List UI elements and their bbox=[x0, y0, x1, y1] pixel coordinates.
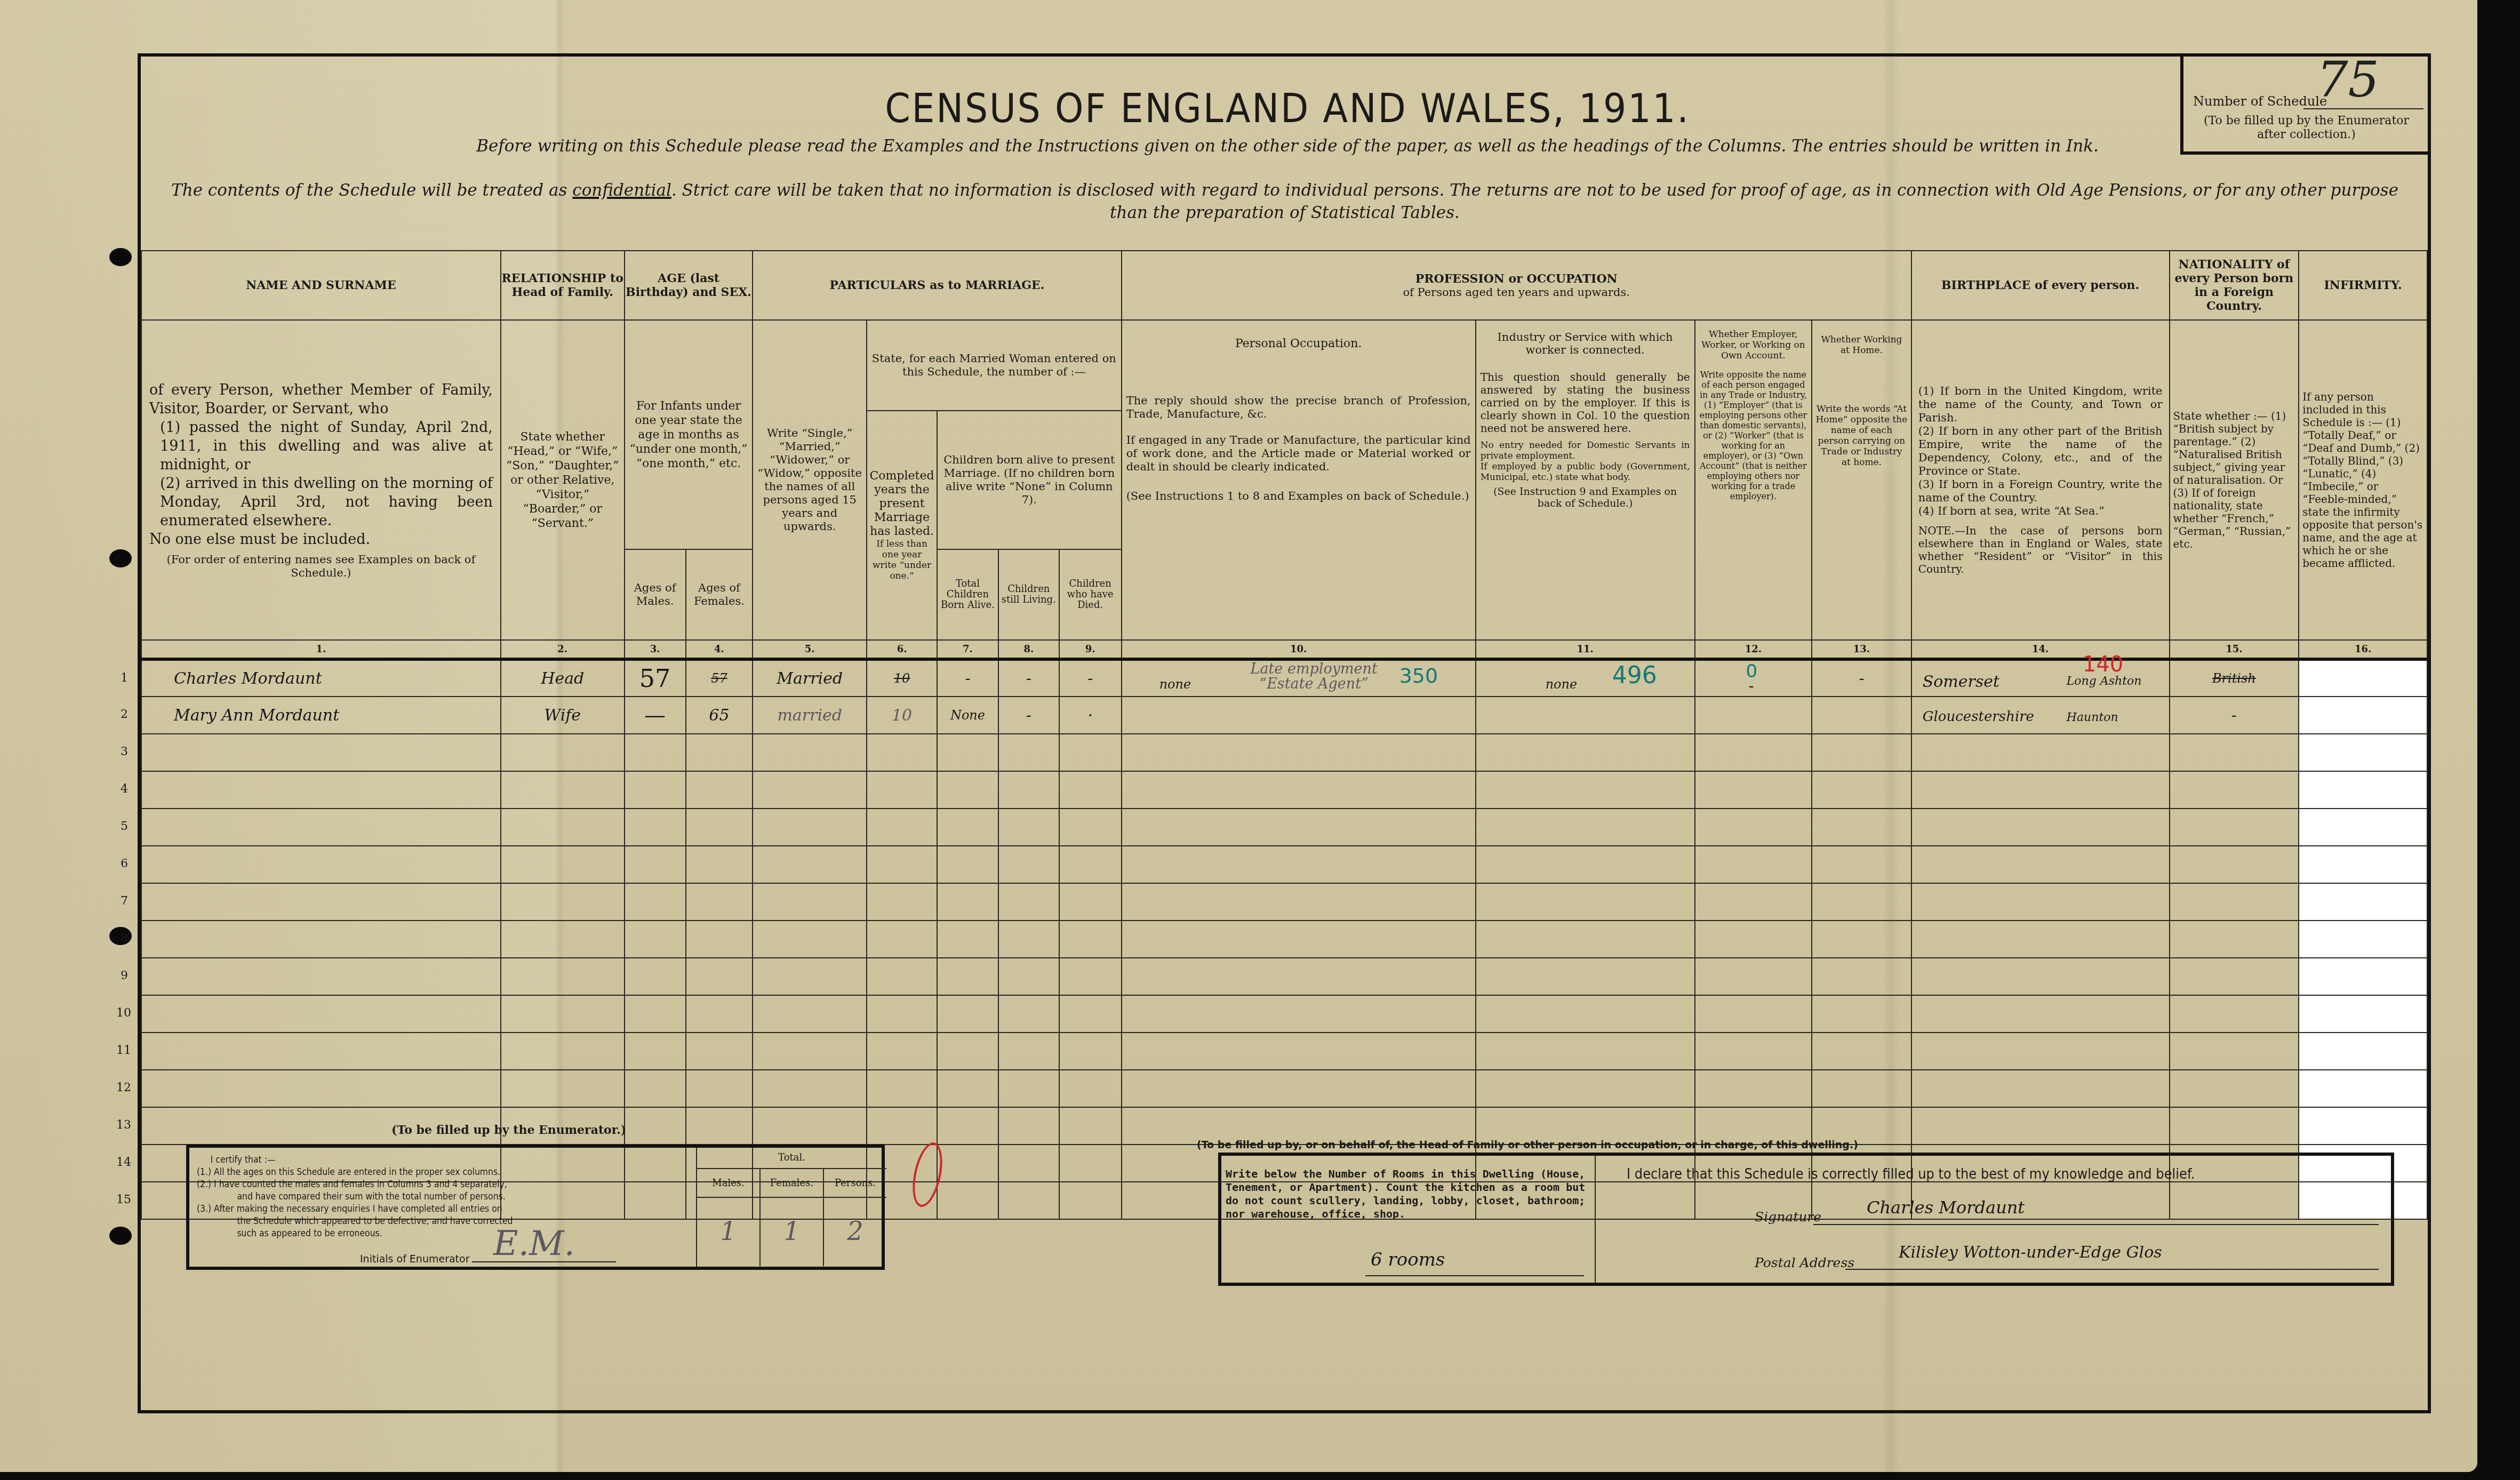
confidential-word: confidential bbox=[572, 181, 671, 200]
employment-cell: Whether Employer, Worker, or Working on … bbox=[1695, 320, 1812, 640]
header-marriage: PARTICULARS as to MARRIAGE. bbox=[753, 251, 1121, 320]
signature-label: Signature bbox=[1755, 1209, 1821, 1225]
col-number: 3. bbox=[625, 640, 686, 659]
years-married-struck[interactable]: 10 bbox=[894, 671, 910, 686]
row-number: 1 bbox=[121, 671, 128, 685]
table-row: 4 bbox=[141, 771, 2427, 809]
instr-text: No entry needed for Domestic Servants in… bbox=[1481, 440, 1690, 461]
employment-heading: Whether Employer, Worker, or Working on … bbox=[1699, 324, 1809, 366]
name-cell[interactable]: 12 bbox=[141, 1070, 501, 1107]
occupation-value: none bbox=[1159, 677, 1191, 692]
schedule-number-value[interactable]: 75 bbox=[2317, 51, 2379, 108]
header-females: Ages of Females. bbox=[686, 549, 753, 640]
name-cell[interactable]: 2 Mary Ann Mordaunt bbox=[141, 697, 501, 734]
row-number: 15 bbox=[116, 1193, 131, 1206]
name-cell[interactable]: 1 Charles Mordaunt bbox=[141, 659, 501, 697]
confidentiality-notice: The contents of the Schedule will be tre… bbox=[167, 179, 2402, 224]
birthplace-value-cell[interactable]: Gloucestershire Haunton bbox=[1911, 697, 2170, 734]
nationality-struck[interactable]: British bbox=[2212, 671, 2256, 686]
col-number: 2. bbox=[501, 640, 625, 659]
header-name: NAME AND SURNAME bbox=[141, 251, 501, 320]
name-cell[interactable]: 8 bbox=[141, 921, 501, 958]
person-name: Mary Ann Mordaunt bbox=[174, 706, 339, 725]
row-number: 14 bbox=[116, 1156, 131, 1169]
page-title: CENSUS OF ENGLAND AND WALES, 1911. bbox=[233, 86, 2342, 132]
table-row: 7 bbox=[141, 883, 2427, 921]
children-died-value[interactable]: · bbox=[1087, 706, 1093, 725]
birthplace-instructions: (1) If born in the United Kingdom, write… bbox=[1911, 320, 2170, 640]
marital-instructions: Write “Single,” “Married,” “Widower,” or… bbox=[753, 320, 867, 640]
occupation-value-cell[interactable] bbox=[1122, 697, 1476, 734]
birthplace-value-cell[interactable]: Somerset Long Ashton 140 bbox=[1911, 659, 2170, 697]
instr-text: The reply should show the precise branch… bbox=[1126, 394, 1471, 421]
industry-value-cell[interactable]: none 496 bbox=[1476, 659, 1695, 697]
row-number: 6 bbox=[121, 857, 128, 870]
row-number: 8 bbox=[121, 932, 128, 945]
marriage-years-instructions: Completed years the present Marriage has… bbox=[867, 411, 937, 640]
birth-parish: Haunton bbox=[2067, 711, 2118, 724]
table-row: 8 bbox=[141, 921, 2427, 958]
instr-text: Completed years the present Marriage has… bbox=[869, 469, 934, 539]
at-home-value-cell[interactable] bbox=[1812, 697, 1911, 734]
cert-line: (2.) I have counted the males and female… bbox=[197, 1179, 638, 1191]
industry-value-cell[interactable] bbox=[1476, 697, 1695, 734]
industry-value: none bbox=[1546, 677, 1578, 692]
name-cell[interactable]: 4 bbox=[141, 771, 501, 809]
col-number: 15. bbox=[2170, 640, 2299, 659]
name-cell[interactable]: 7 bbox=[141, 883, 501, 921]
employment-value: - bbox=[1749, 677, 1754, 695]
employment-value-cell[interactable] bbox=[1695, 697, 1812, 734]
children-instructions: Children born alive to present Marriage.… bbox=[937, 411, 1122, 549]
cert-line: (3.) After making the necessary enquirie… bbox=[197, 1203, 638, 1215]
children-living-value[interactable]: - bbox=[1026, 706, 1031, 725]
instr-text: If less than one year write “under one.” bbox=[869, 539, 934, 581]
col-number: 4. bbox=[686, 640, 753, 659]
name-cell[interactable]: 5 bbox=[141, 809, 501, 846]
infirmity-instructions: If any person included in this Schedule … bbox=[2299, 320, 2427, 640]
instr-text: (2) If born in any other part of the Bri… bbox=[1918, 425, 2163, 478]
instr-text: NOTE.—In the case of persons born elsewh… bbox=[1918, 524, 2163, 575]
punch-hole bbox=[109, 248, 132, 266]
schedule-number-label: Number of Schedule bbox=[2193, 94, 2327, 109]
nationality-value[interactable]: - bbox=[2231, 706, 2237, 725]
name-cell[interactable]: 6 bbox=[141, 846, 501, 883]
relationship-value[interactable]: Head bbox=[541, 669, 584, 688]
table-row: 1 Charles Mordaunt Head 57 57 Married 10… bbox=[141, 659, 2427, 697]
age-female-value[interactable]: 65 bbox=[709, 706, 729, 725]
cert-line: (1.) All the ages on this Schedule are e… bbox=[197, 1166, 638, 1179]
schedule-number-note: (To be filled up by the Enumerator after… bbox=[2188, 114, 2425, 142]
personal-occupation-heading: Personal Occupation. bbox=[1126, 325, 1471, 362]
at-home-heading: Whether Working at Home. bbox=[1815, 324, 1908, 366]
person-name: Charles Mordaunt bbox=[174, 669, 322, 688]
col-number: 6. bbox=[867, 640, 937, 659]
instr-text: This question should generally be answer… bbox=[1481, 371, 1690, 435]
instr-text: (See Instruction 9 and Examples on back … bbox=[1481, 486, 1690, 509]
rooms-line bbox=[1365, 1275, 1584, 1276]
signature-line bbox=[1813, 1224, 2379, 1225]
persons-label: Persons. bbox=[824, 1169, 886, 1197]
infirmity-value-redacted bbox=[2299, 697, 2427, 734]
name-cell[interactable]: 9 bbox=[141, 958, 501, 995]
table-row: 2 Mary Ann Mordaunt Wife — 65 married 10… bbox=[141, 697, 2427, 734]
table-row: 3 bbox=[141, 734, 2427, 771]
birth-county: Gloucestershire bbox=[1923, 709, 2034, 725]
col-number: 9. bbox=[1059, 640, 1122, 659]
occupation-note: Late employment “Estate Agent” bbox=[1229, 662, 1399, 692]
col-number: 14. bbox=[1911, 640, 2170, 659]
header-birthplace: BIRTHPLACE of every person. bbox=[1911, 251, 2170, 320]
col-number: 7. bbox=[937, 640, 998, 659]
name-instructions: of every Person, whether Member of Famil… bbox=[141, 320, 501, 640]
marital-value[interactable]: married bbox=[777, 706, 842, 725]
row-number: 10 bbox=[116, 1006, 131, 1020]
punch-hole bbox=[109, 549, 132, 567]
industry-cell: Industry or Service with which worker is… bbox=[1476, 320, 1695, 640]
enumerator-section-label: (To be filled up by the Enumerator.) bbox=[391, 1123, 626, 1137]
initials-label: Initials of Enumerator bbox=[360, 1253, 470, 1265]
header-occupation: PROFESSION or OCCUPATIONof Persons aged … bbox=[1122, 251, 1911, 320]
schedule-number-box: Number of Schedule 75 (To be filled up b… bbox=[2180, 53, 2431, 155]
rooms-instruction: Write below the Number of Rooms in this … bbox=[1226, 1167, 1588, 1221]
females-label: Females. bbox=[761, 1169, 824, 1197]
instr-text: (See Instructions 1 to 8 and Examples on… bbox=[1126, 490, 1471, 503]
row-number: 13 bbox=[116, 1118, 131, 1132]
notice-text: . Strict care will be taken that no info… bbox=[671, 181, 2398, 222]
rooms-section: Write below the Number of Rooms in this … bbox=[1221, 1156, 1596, 1283]
instr-text: (4) If born at sea, write “At Sea.” bbox=[1918, 505, 2163, 518]
header-row-main: NAME AND SURNAME RELATIONSHIP to Head of… bbox=[141, 251, 2427, 320]
total-children-value[interactable]: None bbox=[950, 708, 985, 723]
name-cell[interactable]: 10 bbox=[141, 995, 501, 1033]
males-label: Males. bbox=[697, 1169, 761, 1197]
at-home-cell: Whether Working at Home. Write the words… bbox=[1812, 320, 1911, 640]
totals-heading: Total. bbox=[697, 1152, 886, 1163]
table-row: 12 bbox=[141, 1070, 2427, 1107]
form-border: CENSUS OF ENGLAND AND WALES, 1911. Befor… bbox=[138, 53, 2431, 1413]
total-persons[interactable]: 2 bbox=[847, 1217, 863, 1246]
name-cell[interactable]: 11 bbox=[141, 1033, 501, 1070]
marital-value[interactable]: Married bbox=[777, 669, 843, 688]
rooms-value[interactable]: 6 rooms bbox=[1371, 1249, 1445, 1270]
instr-text: If employed by a public body (Government… bbox=[1481, 461, 1690, 483]
declaration-box: Write below the Number of Rooms in this … bbox=[1218, 1153, 2394, 1286]
years-married-value[interactable]: 10 bbox=[892, 706, 912, 725]
at-home-value[interactable]: - bbox=[1859, 669, 1864, 688]
header-relationship: RELATIONSHIP to Head of Family. bbox=[501, 251, 625, 320]
instr-text: (1) passed the night of Sunday, April 2n… bbox=[149, 418, 493, 474]
relationship-instructions: State whether “Head,” or “Wife,” “Son,” … bbox=[501, 320, 625, 640]
census-schedule-page: CENSUS OF ENGLAND AND WALES, 1911. Befor… bbox=[0, 0, 2477, 1472]
address-label: Postal Address bbox=[1755, 1255, 1854, 1270]
age-male-value[interactable]: — bbox=[644, 703, 666, 727]
occupation-code: 350 bbox=[1399, 664, 1438, 687]
totals-subheader: Males. Females. Persons. bbox=[697, 1168, 886, 1198]
col-number: 1. bbox=[141, 640, 501, 659]
occupation-cell: Personal Occupation. The reply should sh… bbox=[1122, 320, 1476, 640]
header-nationality: NATIONALITY of every Person born in a Fo… bbox=[2170, 251, 2299, 320]
table-row: 5 bbox=[141, 809, 2427, 846]
row-number: 9 bbox=[121, 969, 128, 982]
relationship-value[interactable]: Wife bbox=[544, 706, 581, 725]
industry-code: 496 bbox=[1612, 662, 1657, 689]
totals-table: Total. Males. Females. Persons. 1 1 2 bbox=[696, 1148, 886, 1267]
row-number: 3 bbox=[121, 745, 128, 758]
name-cell[interactable]: 3 bbox=[141, 734, 501, 771]
instr-text: If engaged in any Trade or Manufacture, … bbox=[1126, 434, 1471, 474]
total-females[interactable]: 1 bbox=[783, 1217, 800, 1246]
married-woman-instructions: State, for each Married Woman entered on… bbox=[867, 320, 1122, 411]
col-number: 11. bbox=[1476, 640, 1695, 659]
col-number: 8. bbox=[998, 640, 1059, 659]
declaration-text: I declare that this Schedule is correctl… bbox=[1627, 1166, 2195, 1182]
punch-hole bbox=[109, 1227, 132, 1245]
occupation-subheading: of Persons aged ten years and upwards. bbox=[1122, 286, 1911, 299]
col-number: 10. bbox=[1122, 640, 1476, 659]
age-male-value[interactable]: 57 bbox=[639, 664, 671, 693]
head-of-family-section-label: (To be filled up by, or on behalf of, th… bbox=[1197, 1139, 1858, 1151]
table-row: 10 bbox=[141, 995, 2427, 1033]
initials-value[interactable]: E.M. bbox=[493, 1224, 575, 1263]
occupation-heading: PROFESSION or OCCUPATION bbox=[1122, 272, 1911, 286]
header-infirmity: INFIRMITY. bbox=[2299, 251, 2427, 320]
header-total-children: Total Children Born Alive. bbox=[937, 549, 998, 640]
occupation-value-cell[interactable]: none Late employment “Estate Agent” 350 bbox=[1122, 659, 1476, 697]
table-row: 11 bbox=[141, 1033, 2427, 1070]
header-males: Ages of Males. bbox=[625, 549, 686, 640]
col-number: 12. bbox=[1695, 640, 1812, 659]
totals-values: 1 1 2 bbox=[697, 1197, 886, 1266]
col-number: 13. bbox=[1812, 640, 1911, 659]
instr-text: No one else must be included. bbox=[149, 530, 493, 549]
infirmity-value-redacted bbox=[2299, 659, 2427, 697]
header-children-died: Children who have Died. bbox=[1059, 549, 1122, 640]
nationality-instructions: State whether :— (1) “British subject by… bbox=[2170, 320, 2299, 640]
instr-text: (1) If born in the United Kingdom, write… bbox=[1918, 385, 2163, 425]
row-number: 11 bbox=[116, 1044, 131, 1057]
cert-line: I certify that :— bbox=[197, 1154, 638, 1166]
row-number: 5 bbox=[121, 820, 128, 833]
header-age: AGE (last Birthday) and SEX. bbox=[625, 251, 753, 320]
instr-text: Write opposite the name of each person e… bbox=[1699, 370, 1809, 501]
instr-text: Write the words “At Home” opposite the n… bbox=[1815, 404, 1908, 468]
row-number: 12 bbox=[116, 1081, 131, 1094]
address-line bbox=[1845, 1269, 2379, 1270]
age-instructions: For Infants under one year state the age… bbox=[625, 320, 753, 549]
instr-text: of every Person, whether Member of Famil… bbox=[149, 381, 493, 418]
total-males[interactable]: 1 bbox=[720, 1217, 737, 1246]
birthplace-code: 140 bbox=[2083, 652, 2123, 677]
instr-text: (3) If born in a Foreign Country, write … bbox=[1918, 478, 2163, 505]
cert-line: and have compared their sum with the tot… bbox=[197, 1191, 638, 1203]
age-female-struck[interactable]: 57 bbox=[711, 671, 727, 686]
children-died-value[interactable]: - bbox=[1087, 669, 1093, 688]
notice-text: The contents of the Schedule will be tre… bbox=[171, 181, 572, 200]
table-row: 6 bbox=[141, 846, 2427, 883]
col-number: 5. bbox=[753, 640, 867, 659]
employment-value-cell[interactable]: 0 - bbox=[1695, 659, 1812, 697]
intro-instructions: Before writing on this Schedule please r… bbox=[247, 137, 2327, 156]
enumerator-initials: Initials of Enumerator E.M. bbox=[360, 1253, 616, 1265]
signature-value[interactable]: Charles Mordaunt bbox=[1867, 1197, 2025, 1218]
children-living-value[interactable]: - bbox=[1026, 669, 1031, 688]
header-children-living: Children still Living. bbox=[998, 549, 1059, 640]
total-children-value[interactable]: - bbox=[965, 669, 970, 688]
household-table: NAME AND SURNAME RELATIONSHIP to Head of… bbox=[141, 250, 2428, 1220]
row-number: 7 bbox=[121, 894, 128, 908]
schedule-number-line bbox=[2303, 108, 2423, 109]
birth-county: Somerset bbox=[1923, 673, 1999, 691]
col-number: 16. bbox=[2299, 640, 2427, 659]
address-value[interactable]: Kilisley Wotton-under-Edge Glos bbox=[1899, 1243, 2162, 1262]
row-number: 4 bbox=[121, 782, 128, 796]
table-row: 9 bbox=[141, 958, 2427, 995]
instr-text: (2) arrived in this dwelling on the morn… bbox=[149, 474, 493, 530]
enumerator-certification-box: I certify that :— (1.) All the ages on t… bbox=[186, 1145, 885, 1270]
row-number: 2 bbox=[121, 708, 128, 721]
industry-heading: Industry or Service with which worker is… bbox=[1481, 325, 1690, 362]
instr-text: (For order of entering names see Example… bbox=[149, 553, 493, 580]
